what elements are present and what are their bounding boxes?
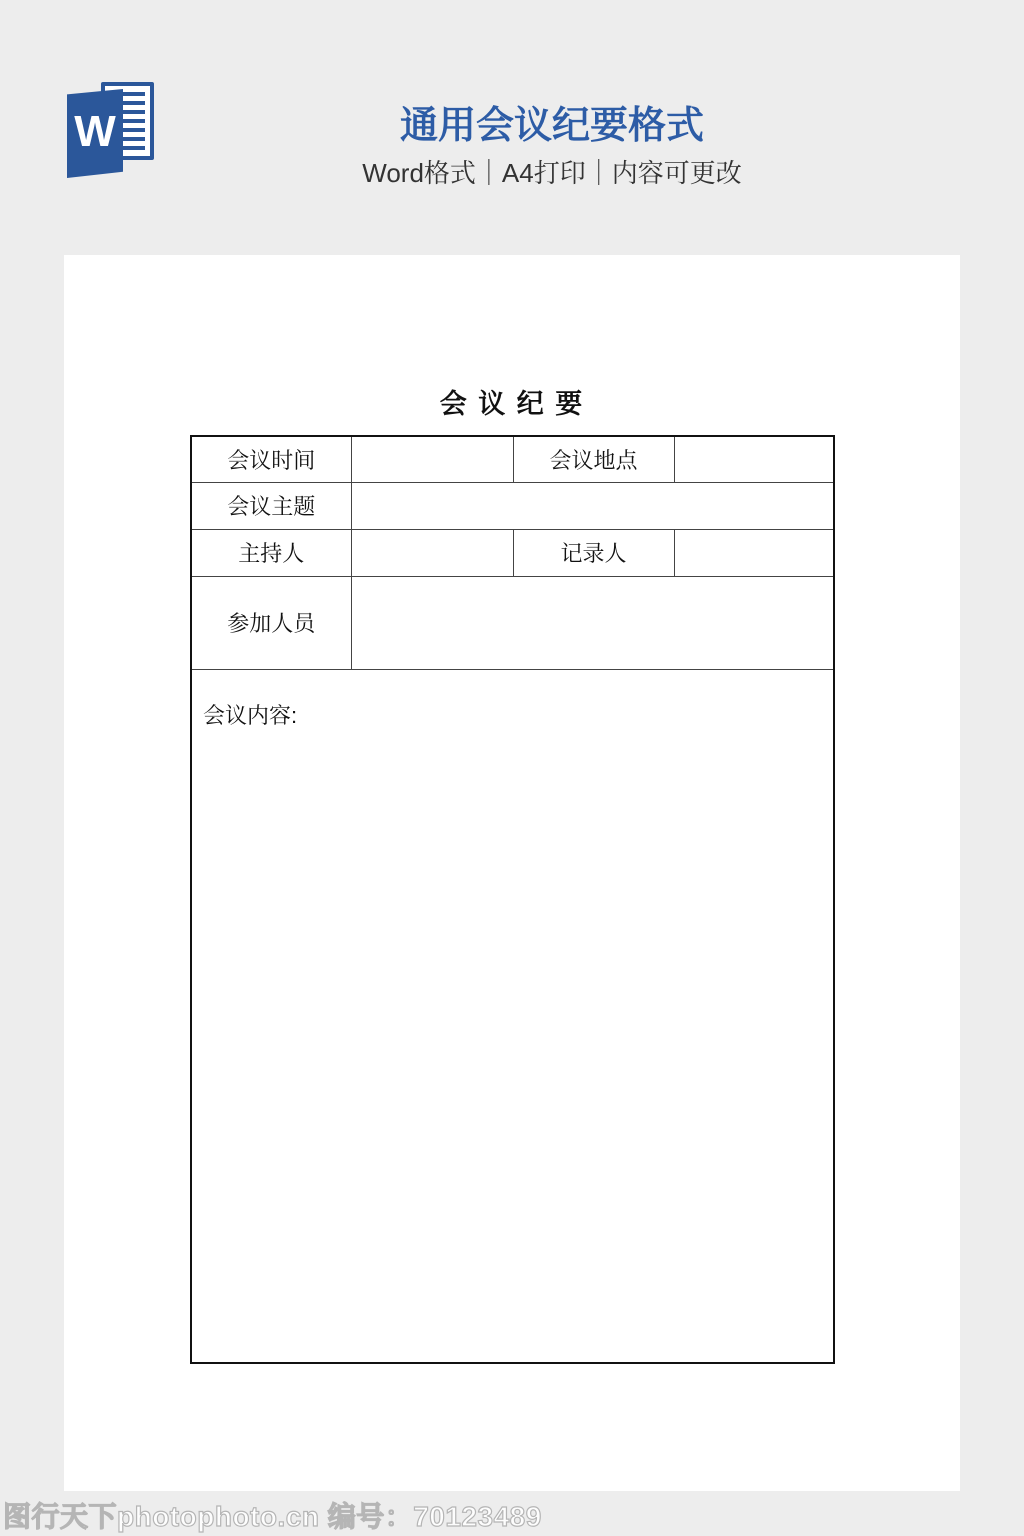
participants-label: 参加人员 [191,576,351,669]
form-title: 会 议 纪 要 [64,382,960,421]
word-doc-icon: W [65,80,157,182]
meeting-topic-field[interactable] [351,482,834,529]
document-page: 会 议 纪 要 会议时间 会议地点 会议主题 主持人 记录人 参 [64,255,960,1491]
host-field[interactable] [351,529,513,576]
table-row: 会议主题 [191,482,834,529]
meeting-place-label: 会议地点 [513,436,674,482]
table-row: 主持人 记录人 [191,529,834,576]
meeting-minutes-table: 会议时间 会议地点 会议主题 主持人 记录人 参加人员 会议内 [190,435,835,1364]
meeting-time-field[interactable] [351,436,513,482]
recorder-label: 记录人 [513,529,674,576]
meeting-topic-label: 会议主题 [191,482,351,529]
table-row: 会议内容: [191,669,834,1363]
site-watermark: 图行天下photophoto.cn 编号：70123489 [3,1495,542,1535]
recorder-field[interactable] [674,529,834,576]
template-subtitle: Word格式｜A4打印｜内容可更改 [160,153,944,190]
meeting-place-field[interactable] [674,436,834,482]
word-logo-letter: W [74,110,116,154]
meeting-time-label: 会议时间 [191,436,351,482]
word-logo-panel-icon: W [67,89,123,178]
meeting-content-field[interactable]: 会议内容: [191,669,834,1363]
host-label: 主持人 [191,529,351,576]
table-row: 会议时间 会议地点 [191,436,834,482]
table-row: 参加人员 [191,576,834,669]
meeting-content-label: 会议内容: [203,703,297,728]
participants-field[interactable] [351,576,834,669]
template-title: 通用会议纪要格式 [160,94,944,149]
